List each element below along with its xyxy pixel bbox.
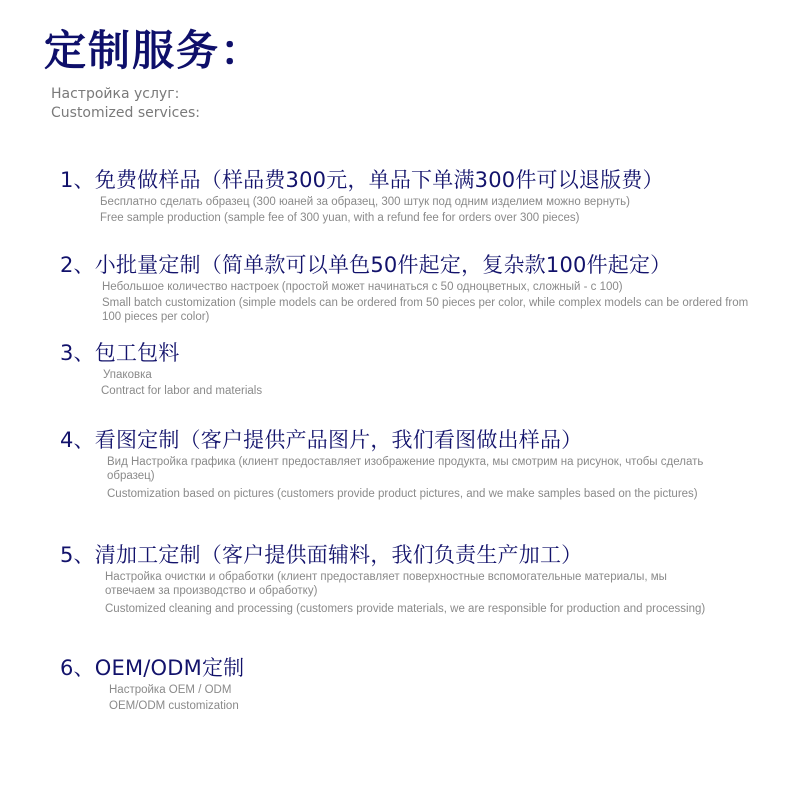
service-heading: 2、小批量定制（简单款可以单色50件起定，复杂款100件起定） xyxy=(60,253,770,278)
service-description-english: Customized cleaning and processing (cust… xyxy=(105,602,730,616)
page-title: 定制服务： xyxy=(44,28,264,74)
service-item-small-batch: 2、小批量定制（简单款可以单色50件起定，复杂款100件起定） Небольшо… xyxy=(60,253,770,324)
service-description-russian: Упаковка xyxy=(103,368,770,382)
service-item-labor-materials: 3、包工包料 Упаковка Contract for labor and m… xyxy=(60,341,770,398)
service-description-english: Customization based on pictures (custome… xyxy=(107,487,740,501)
service-description-russian: Настройка очистки и обработки (клиент пр… xyxy=(105,570,690,598)
service-description-english: Contract for labor and materials xyxy=(101,384,770,398)
service-heading: 3、包工包料 xyxy=(60,341,770,366)
service-description-english: Small batch customization (simple models… xyxy=(102,296,750,324)
service-heading: 4、看图定制（客户提供产品图片，我们看图做出样品） xyxy=(60,428,770,453)
subtitle-english: Customized services: xyxy=(51,105,200,122)
service-description-english: OEM/ODM customization xyxy=(109,699,770,713)
service-heading: 5、清加工定制（客户提供面辅料，我们负责生产加工） xyxy=(60,543,770,568)
service-description-english: Free sample production (sample fee of 30… xyxy=(100,211,770,225)
service-description-russian: Вид Настройка графика (клиент предоставл… xyxy=(107,455,730,483)
subtitle-russian: Настройка услуг: xyxy=(51,86,179,103)
service-item-picture-customization: 4、看图定制（客户提供产品图片，我们看图做出样品） Вид Настройка … xyxy=(60,428,770,501)
service-heading: 6、OEM/ODM定制 xyxy=(60,656,770,681)
service-item-processing-customization: 5、清加工定制（客户提供面辅料，我们负责生产加工） Настройка очис… xyxy=(60,543,770,616)
service-description-russian: Бесплатно сделать образец (300 юаней за … xyxy=(100,195,770,209)
service-item-free-sample: 1、免费做样品（样品费300元，单品下单满300件可以退版费） Бесплатн… xyxy=(60,168,770,225)
service-item-oem-odm: 6、OEM/ODM定制 Настройка OEM / ODM OEM/ODM … xyxy=(60,656,770,713)
service-description-russian: Небольшое количество настроек (простой м… xyxy=(102,280,770,294)
service-heading: 1、免费做样品（样品费300元，单品下单满300件可以退版费） xyxy=(60,168,770,193)
service-description-russian: Настройка OEM / ODM xyxy=(109,683,770,697)
